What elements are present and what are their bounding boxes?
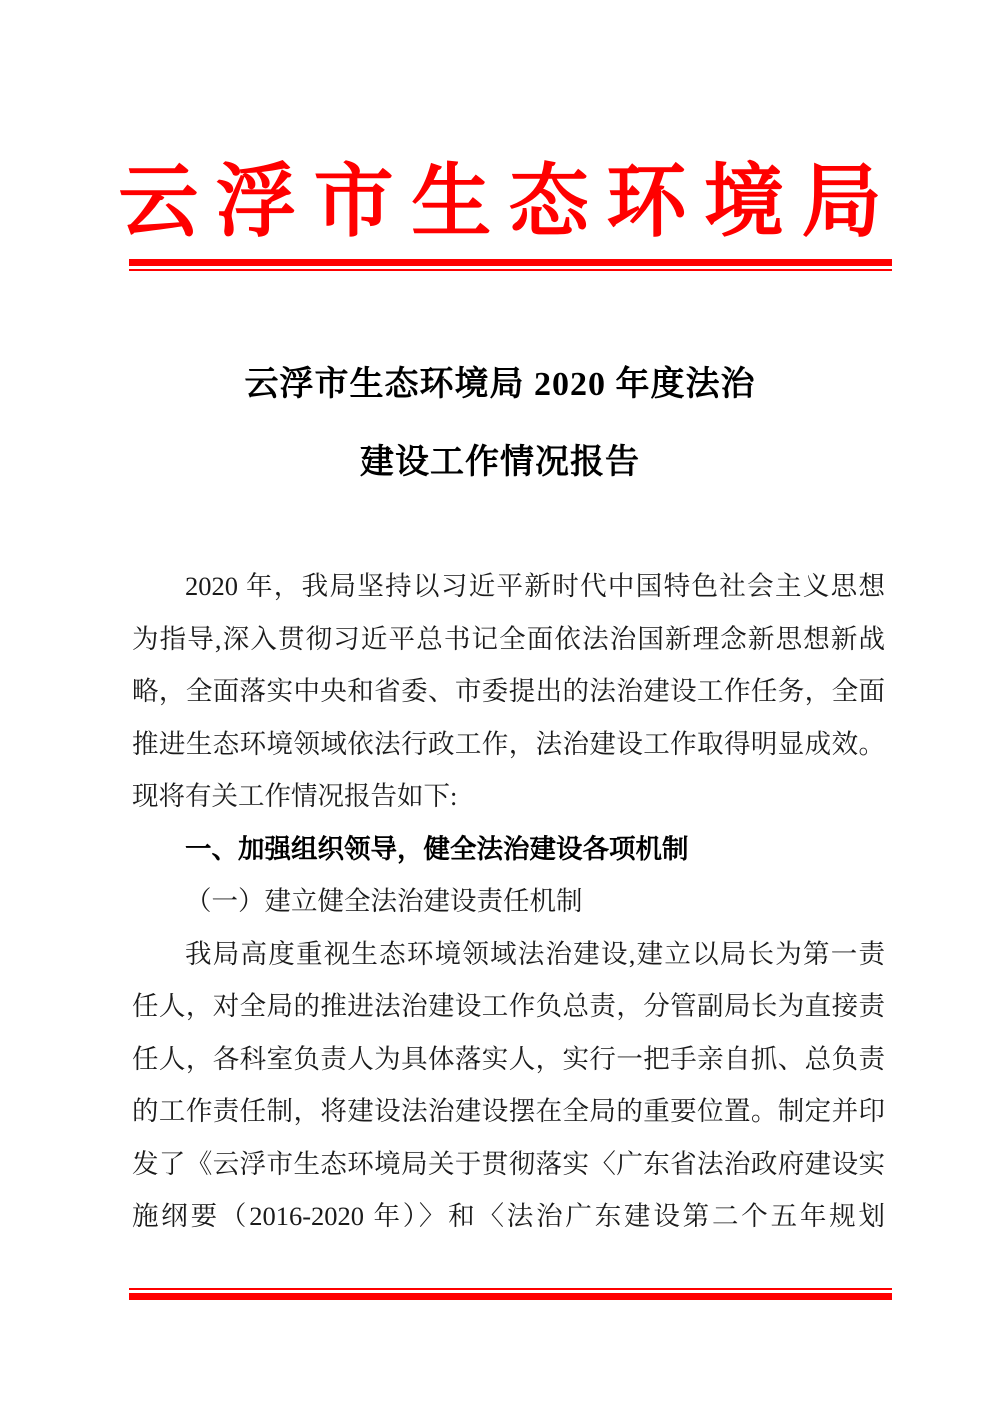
paragraph1-line5: 现将有关工作情况报告如下: (132, 770, 885, 823)
paragraph2-line3: 任人，各科室负责人为具体落实人，实行一把手亲自抓、总负责 (132, 1033, 885, 1086)
document-title-line1: 云浮市生态环境局 2020 年度法治 (0, 346, 1000, 424)
letterhead-divider (129, 259, 892, 271)
paragraph2-line6: 施纲要（2016-2020 年）〉和〈法治广东建设第二个五年规划 (132, 1190, 885, 1243)
paragraph2-line5: 发了《云浮市生态环境局关于贯彻落实〈广东省法治政府建设实 (132, 1138, 885, 1191)
document-body: 2020 年，我局坚持以习近平新时代中国特色社会主义思想 为指导,深入贯彻习近平… (132, 560, 885, 1243)
paragraph2-line1: 我局高度重视生态环境领域法治建设,建立以局长为第一责 (132, 928, 885, 981)
paragraph1-line4: 推进生态环境领域依法行政工作，法治建设工作取得明显成效。 (132, 718, 885, 771)
divider-thick-line (129, 1293, 892, 1300)
document-page: 云浮市生态环境局 云浮市生态环境局 2020 年度法治 建设工作情况报告 202… (0, 0, 1000, 1414)
paragraph1-line2: 为指导,深入贯彻习近平总书记全面依法治国新理念新思想新战 (132, 613, 885, 666)
paragraph1-line3: 略，全面落实中央和省委、市委提出的法治建设工作任务，全面 (132, 665, 885, 718)
document-title: 云浮市生态环境局 2020 年度法治 建设工作情况报告 (0, 346, 1000, 502)
divider-thick-line (129, 259, 892, 266)
subsection-heading-1-1: （一）建立健全法治建设责任机制 (132, 875, 885, 928)
paragraph1-line1: 2020 年，我局坚持以习近平新时代中国特色社会主义思想 (132, 560, 885, 613)
paragraph2-line2: 任人，对全局的推进法治建设工作负总责，分管副局长为直接责 (132, 980, 885, 1033)
divider-thin-line (129, 269, 892, 271)
paragraph2-line4: 的工作责任制，将建设法治建设摆在全局的重要位置。制定并印 (132, 1085, 885, 1138)
document-title-line2: 建设工作情况报告 (0, 424, 1000, 502)
section-heading-1: 一、加强组织领导，健全法治建设各项机制 (132, 823, 885, 876)
letterhead-title: 云浮市生态环境局 (0, 148, 1000, 258)
footer-divider (129, 1288, 892, 1300)
